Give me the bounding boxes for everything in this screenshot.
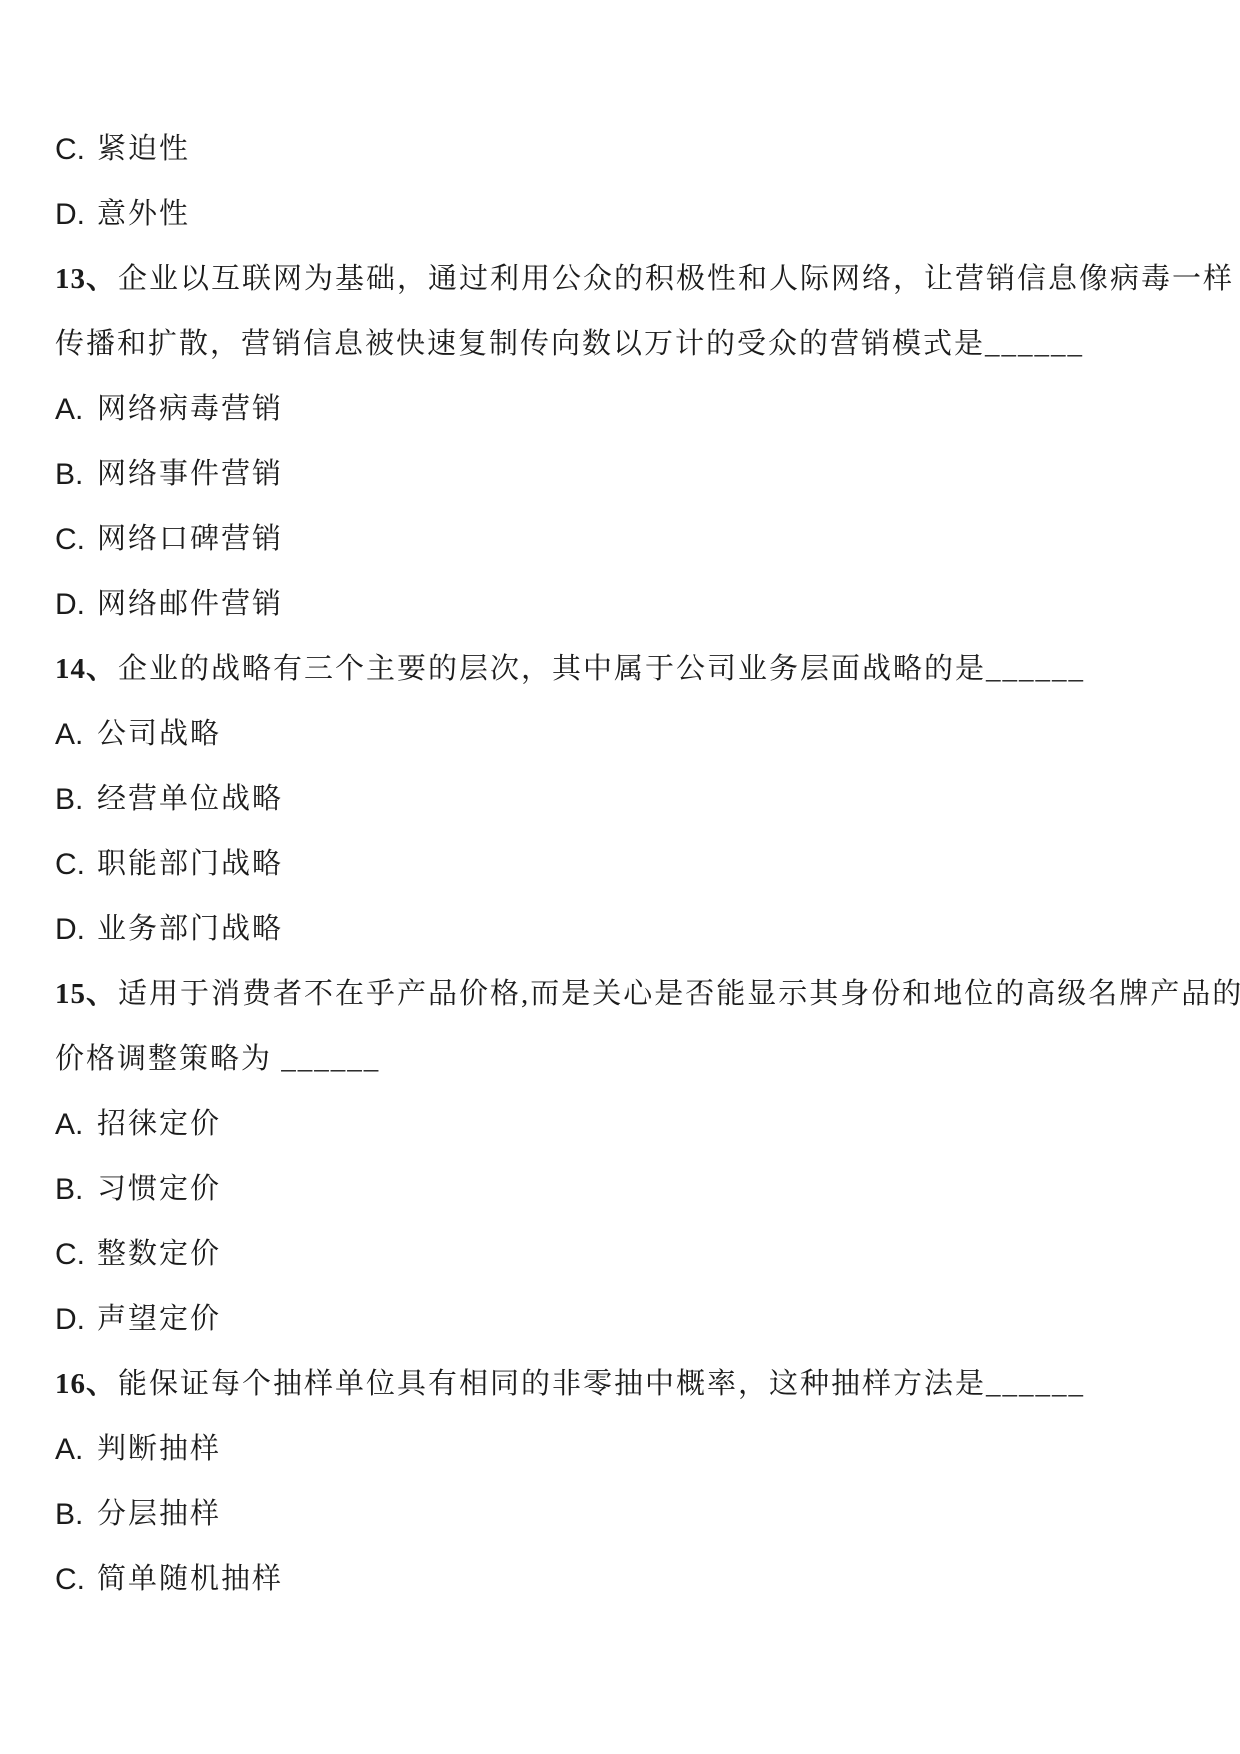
option-row: D. 声望定价: [55, 1287, 1185, 1352]
exam-page: C. 紧迫性 D. 意外性 13、 企业以互联网为基础，通过利用公众的积极性和人…: [0, 0, 1240, 1754]
question-number: 16、: [55, 1370, 116, 1399]
option-letter: A.: [55, 395, 97, 425]
option-row: C. 职能部门战略: [55, 832, 1185, 897]
question-stem-line: 16、 能保证每个抽样单位具有相同的非零抽中概率，这种抽样方法是______: [55, 1352, 1185, 1417]
option-text: 网络口碑营销: [97, 525, 283, 554]
question-stem-text: 价格调整策略为 ______: [55, 1045, 380, 1074]
option-row: D. 网络邮件营销: [55, 572, 1185, 637]
option-letter: A.: [55, 1110, 97, 1140]
question-stem-line: 价格调整策略为 ______: [55, 1027, 1185, 1092]
option-text: 习惯定价: [97, 1175, 221, 1204]
question-stem-text: 能保证每个抽样单位具有相同的非零抽中概率，这种抽样方法是______: [118, 1370, 1085, 1399]
option-text: 公司战略: [97, 720, 221, 749]
question-number: 13、: [55, 265, 116, 294]
option-letter: B.: [55, 1500, 97, 1530]
question-number: 15、: [55, 980, 116, 1009]
question-stem-text: 企业以互联网为基础，通过利用公众的积极性和人际网络，让营销信息像病毒一样: [118, 265, 1234, 294]
option-row: C. 网络口碑营销: [55, 507, 1185, 572]
question-number: 14、: [55, 655, 116, 684]
option-letter: B.: [55, 460, 97, 490]
option-row: B. 经营单位战略: [55, 767, 1185, 832]
option-text: 经营单位战略: [97, 785, 283, 814]
question-stem-text: 企业的战略有三个主要的层次，其中属于公司业务层面战略的是______: [118, 655, 1085, 684]
option-text: 分层抽样: [97, 1500, 221, 1529]
option-row: C. 简单随机抽样: [55, 1547, 1185, 1612]
option-text: 招徕定价: [97, 1110, 221, 1139]
option-letter: B.: [55, 1175, 97, 1205]
option-row: D. 业务部门战略: [55, 897, 1185, 962]
option-letter: C.: [55, 135, 97, 165]
option-letter: C.: [55, 850, 97, 880]
option-text: 意外性: [97, 200, 190, 229]
option-text: 判断抽样: [97, 1435, 221, 1464]
option-row: A. 公司战略: [55, 702, 1185, 767]
option-text: 简单随机抽样: [97, 1565, 283, 1594]
option-row: B. 习惯定价: [55, 1157, 1185, 1222]
option-letter: D.: [55, 200, 97, 230]
option-text: 整数定价: [97, 1240, 221, 1269]
option-letter: C.: [55, 1240, 97, 1270]
option-text: 声望定价: [97, 1305, 221, 1334]
option-row: A. 判断抽样: [55, 1417, 1185, 1482]
question-stem-line: 传播和扩散，营销信息被快速复制传向数以万计的受众的营销模式是______: [55, 312, 1185, 377]
option-text: 网络邮件营销: [97, 590, 283, 619]
option-text: 职能部门战略: [97, 850, 283, 879]
option-text: 紧迫性: [97, 135, 190, 164]
exam-content: C. 紧迫性 D. 意外性 13、 企业以互联网为基础，通过利用公众的积极性和人…: [55, 117, 1185, 1612]
option-text: 业务部门战略: [97, 915, 283, 944]
option-row: A. 网络病毒营销: [55, 377, 1185, 442]
option-row: B. 网络事件营销: [55, 442, 1185, 507]
option-row: C. 整数定价: [55, 1222, 1185, 1287]
question-stem-text: 适用于消费者不在乎产品价格,而是关心是否能显示其身份和地位的高级名牌产品的: [118, 980, 1240, 1009]
option-letter: C.: [55, 525, 97, 555]
option-letter: D.: [55, 1305, 97, 1335]
option-letter: D.: [55, 915, 97, 945]
option-letter: A.: [55, 1435, 97, 1465]
question-stem-line: 13、 企业以互联网为基础，通过利用公众的积极性和人际网络，让营销信息像病毒一样: [55, 247, 1185, 312]
question-stem-text: 传播和扩散，营销信息被快速复制传向数以万计的受众的营销模式是______: [55, 330, 1084, 359]
option-letter: B.: [55, 785, 97, 815]
option-letter: A.: [55, 720, 97, 750]
option-text: 网络病毒营销: [97, 395, 283, 424]
option-text: 网络事件营销: [97, 460, 283, 489]
option-row: A. 招徕定价: [55, 1092, 1185, 1157]
option-row: C. 紧迫性: [55, 117, 1185, 182]
question-stem-line: 15、 适用于消费者不在乎产品价格,而是关心是否能显示其身份和地位的高级名牌产品…: [55, 962, 1185, 1027]
option-row: D. 意外性: [55, 182, 1185, 247]
option-letter: D.: [55, 590, 97, 620]
option-row: B. 分层抽样: [55, 1482, 1185, 1547]
question-stem-line: 14、 企业的战略有三个主要的层次，其中属于公司业务层面战略的是______: [55, 637, 1185, 702]
option-letter: C.: [55, 1565, 97, 1595]
